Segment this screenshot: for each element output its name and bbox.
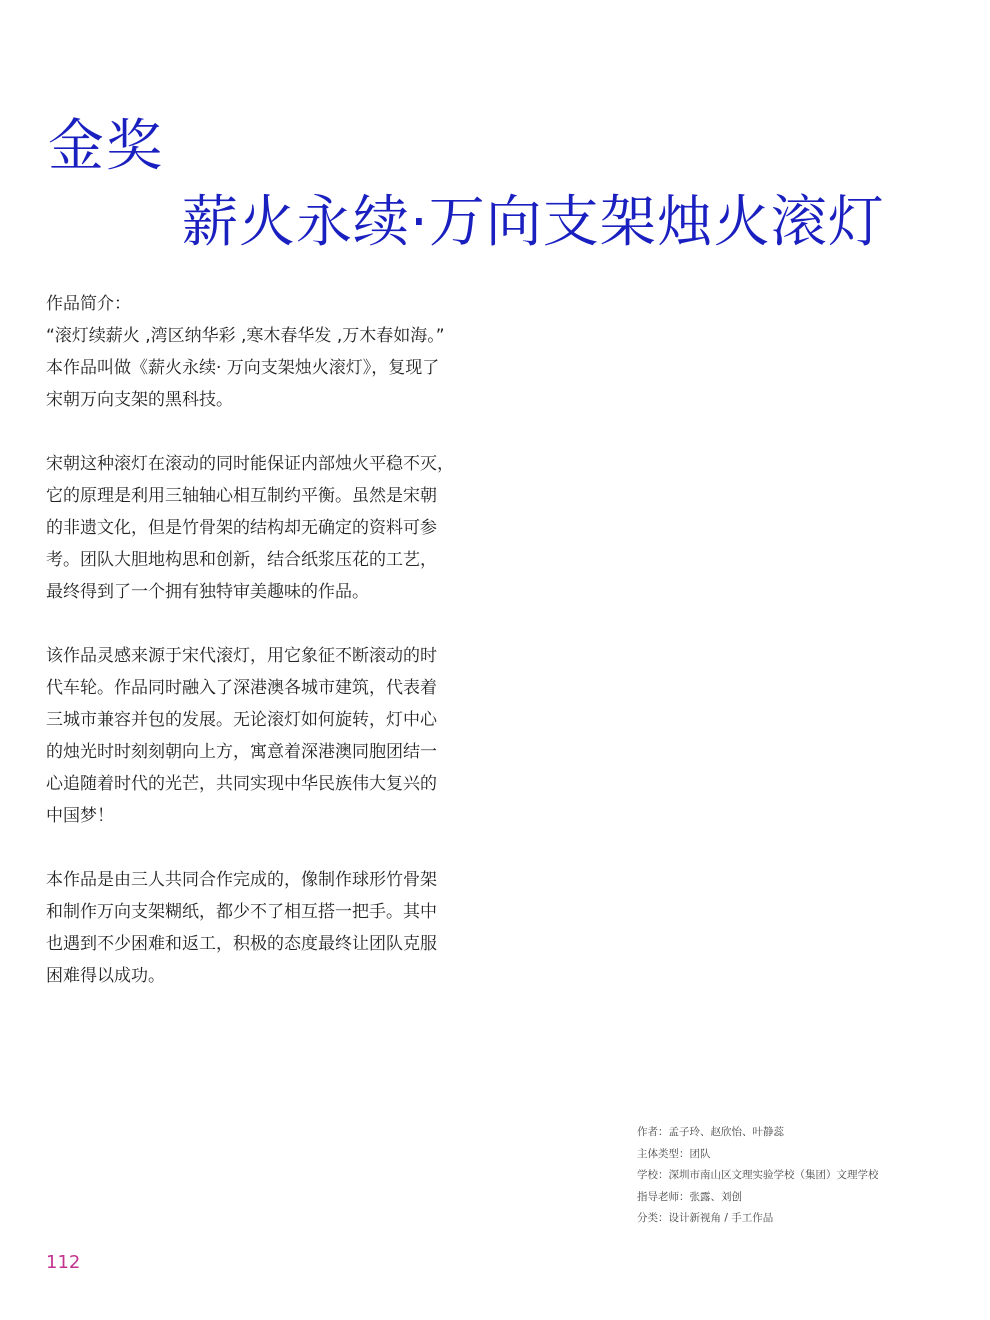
paragraph-line: 代车轮。作品同时融入了深港澳各城市建筑，代表着 [46, 672, 476, 704]
paragraph-teamwork: 本作品是由三人共同合作完成的，像制作球形竹骨架 和制作万向支架糊纸，都少不了相互… [46, 864, 476, 992]
paragraph-inspiration: 该作品灵感来源于宋代滚灯，用它象征不断滚动的时 代车轮。作品同时融入了深港澳各城… [46, 640, 476, 832]
paragraph-line: 中国梦！ [46, 800, 476, 832]
page-number: 112 [46, 1252, 80, 1273]
paragraph-line: 困难得以成功。 [46, 960, 476, 992]
credit-school: 学校：深圳市南山区文理实验学校（集团）文理学校 [637, 1165, 879, 1187]
intro-line: “滚灯续薪火 ,湾区纳华彩 ,寒木春华发 ,万木春如海。” [46, 320, 476, 352]
paragraph-line: 的烛光时时刻刻朝向上方，寓意着深港澳同胞团结一 [46, 736, 476, 768]
credit-category: 分类：设计新视角 / 手工作品 [637, 1208, 879, 1230]
paragraph-line: 也遇到不少困难和返工，积极的态度最终让团队克服 [46, 928, 476, 960]
credits-block: 作者：孟子玲、赵欣怡、叶静蕊 主体类型：团队 学校：深圳市南山区文理实验学校（集… [637, 1122, 879, 1230]
intro-heading: 作品简介： [46, 288, 476, 320]
paragraph-line: 最终得到了一个拥有独特审美趣味的作品。 [46, 576, 476, 608]
credit-authors: 作者：孟子玲、赵欣怡、叶静蕊 [637, 1122, 879, 1144]
intro-line: 本作品叫做《薪火永续· 万向支架烛火滚灯》，复现了 [46, 352, 476, 384]
intro-line: 宋朝万向支架的黑科技。 [46, 384, 476, 416]
paragraph-line: 和制作万向支架糊纸，都少不了相互搭一把手。其中 [46, 896, 476, 928]
paragraph-line: 它的原理是利用三轴轴心相互制约平衡。虽然是宋朝 [46, 480, 476, 512]
credit-advisors: 指导老师：张露、刘创 [637, 1187, 879, 1209]
paragraph-line: 该作品灵感来源于宋代滚灯，用它象征不断滚动的时 [46, 640, 476, 672]
award-heading: 金奖 [48, 102, 164, 182]
paragraph-line: 考。团队大胆地构思和创新，结合纸浆压花的工艺， [46, 544, 476, 576]
paragraph-line: 宋朝这种滚灯在滚动的同时能保证内部烛火平稳不灭， [46, 448, 476, 480]
article-body: 作品简介： “滚灯续薪火 ,湾区纳华彩 ,寒木春华发 ,万木春如海。” 本作品叫… [46, 288, 476, 1024]
paragraph-line: 的非遗文化，但是竹骨架的结构却无确定的资料可参 [46, 512, 476, 544]
paragraph-line: 心追随着时代的光芒，共同实现中华民族伟大复兴的 [46, 768, 476, 800]
credit-entity-type: 主体类型：团队 [637, 1144, 879, 1166]
paragraph-line: 三城市兼容并包的发展。无论滚灯如何旋转，灯中心 [46, 704, 476, 736]
intro-section: 作品简介： “滚灯续薪火 ,湾区纳华彩 ,寒木春华发 ,万木春如海。” 本作品叫… [46, 288, 476, 416]
paragraph-line: 本作品是由三人共同合作完成的，像制作球形竹骨架 [46, 864, 476, 896]
work-title: 薪火永续·万向支架烛火滚灯 [182, 178, 885, 258]
paragraph-principle: 宋朝这种滚灯在滚动的同时能保证内部烛火平稳不灭， 它的原理是利用三轴轴心相互制约… [46, 448, 476, 608]
